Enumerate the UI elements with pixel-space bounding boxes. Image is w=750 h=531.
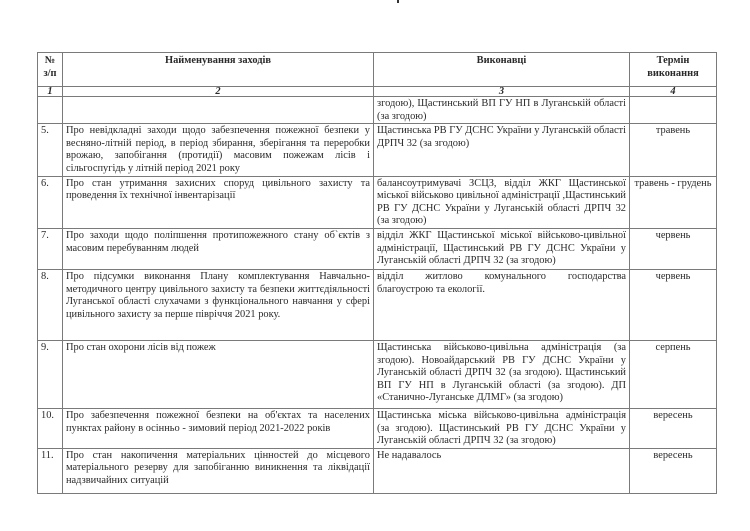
- table-row: 8. Про підсумки виконання Плану комплект…: [38, 269, 717, 340]
- column-number: 4: [630, 87, 717, 97]
- row-measure: Про стан охорони лісів від пожеж: [63, 340, 374, 408]
- row-executors: Щастинська військово-цивільна адміністра…: [374, 340, 630, 408]
- table-row: 5. Про невідкладні заходи щодо забезпече…: [38, 124, 717, 176]
- header-number: № з/п: [38, 53, 63, 87]
- table-row: 9. Про стан охорони лісів від пожеж Щаст…: [38, 340, 717, 408]
- row-deadline: червень: [630, 269, 717, 340]
- row-number: [38, 97, 63, 124]
- header-deadline: Термін виконання: [630, 53, 717, 87]
- row-number: 8.: [38, 269, 63, 340]
- row-measure: Про стан накопичення матеріальних ціннос…: [63, 448, 374, 493]
- action-plan-table: № з/п Найменування заходів Виконавці Тер…: [37, 52, 717, 494]
- column-number: 3: [374, 87, 630, 97]
- row-executors: відділ житлово комунального господарства…: [374, 269, 630, 340]
- row-number: 5.: [38, 124, 63, 176]
- table-row-continuation: згодою), Щастинський ВП ГУ НП в Луганськ…: [38, 97, 717, 124]
- row-deadline: вересень: [630, 448, 717, 493]
- row-executors: Не надавалось: [374, 448, 630, 493]
- column-number-row: 1 2 3 4: [38, 87, 717, 97]
- row-deadline: вересень: [630, 408, 717, 448]
- row-deadline: травень: [630, 124, 717, 176]
- row-deadline: серпень: [630, 340, 717, 408]
- column-number: 2: [63, 87, 374, 97]
- row-measure: Про підсумки виконання Плану комплектува…: [63, 269, 374, 340]
- row-measure: Про стан утримання захисних споруд цивіл…: [63, 176, 374, 228]
- row-number: 9.: [38, 340, 63, 408]
- row-deadline: травень - грудень: [630, 176, 717, 228]
- row-executors: Щастинська РВ ГУ ДСНС України у Луганськ…: [374, 124, 630, 176]
- header-measures: Найменування заходів: [63, 53, 374, 87]
- table-row: 7. Про заходи щодо поліпшення протипожеж…: [38, 228, 717, 269]
- header-row: № з/п Найменування заходів Виконавці Тер…: [38, 53, 717, 87]
- row-executors: балансоутримувачі ЗСЦЗ, відділ ЖКГ Щасти…: [374, 176, 630, 228]
- row-number: 7.: [38, 228, 63, 269]
- table-row: 11. Про стан накопичення матеріальних ці…: [38, 448, 717, 493]
- row-executors: згодою), Щастинський ВП ГУ НП в Луганськ…: [374, 97, 630, 124]
- table-row: 6. Про стан утримання захисних споруд ци…: [38, 176, 717, 228]
- row-measure: Про невідкладні заходи щодо забезпечення…: [63, 124, 374, 176]
- row-executors: Щастинська міська військово-цивільна адм…: [374, 408, 630, 448]
- row-measure: Про заходи щодо поліпшення протипожежног…: [63, 228, 374, 269]
- row-number: 10.: [38, 408, 63, 448]
- row-deadline: [630, 97, 717, 124]
- row-number: 6.: [38, 176, 63, 228]
- column-number: 1: [38, 87, 63, 97]
- page-mark: [397, 0, 399, 3]
- header-executors: Виконавці: [374, 53, 630, 87]
- row-number: 11.: [38, 448, 63, 493]
- row-measure: Про забезпечення пожежної безпеки на об'…: [63, 408, 374, 448]
- table-row: 10. Про забезпечення пожежної безпеки на…: [38, 408, 717, 448]
- row-executors: відділ ЖКГ Щастинської міської військово…: [374, 228, 630, 269]
- row-deadline: червень: [630, 228, 717, 269]
- row-measure: [63, 97, 374, 124]
